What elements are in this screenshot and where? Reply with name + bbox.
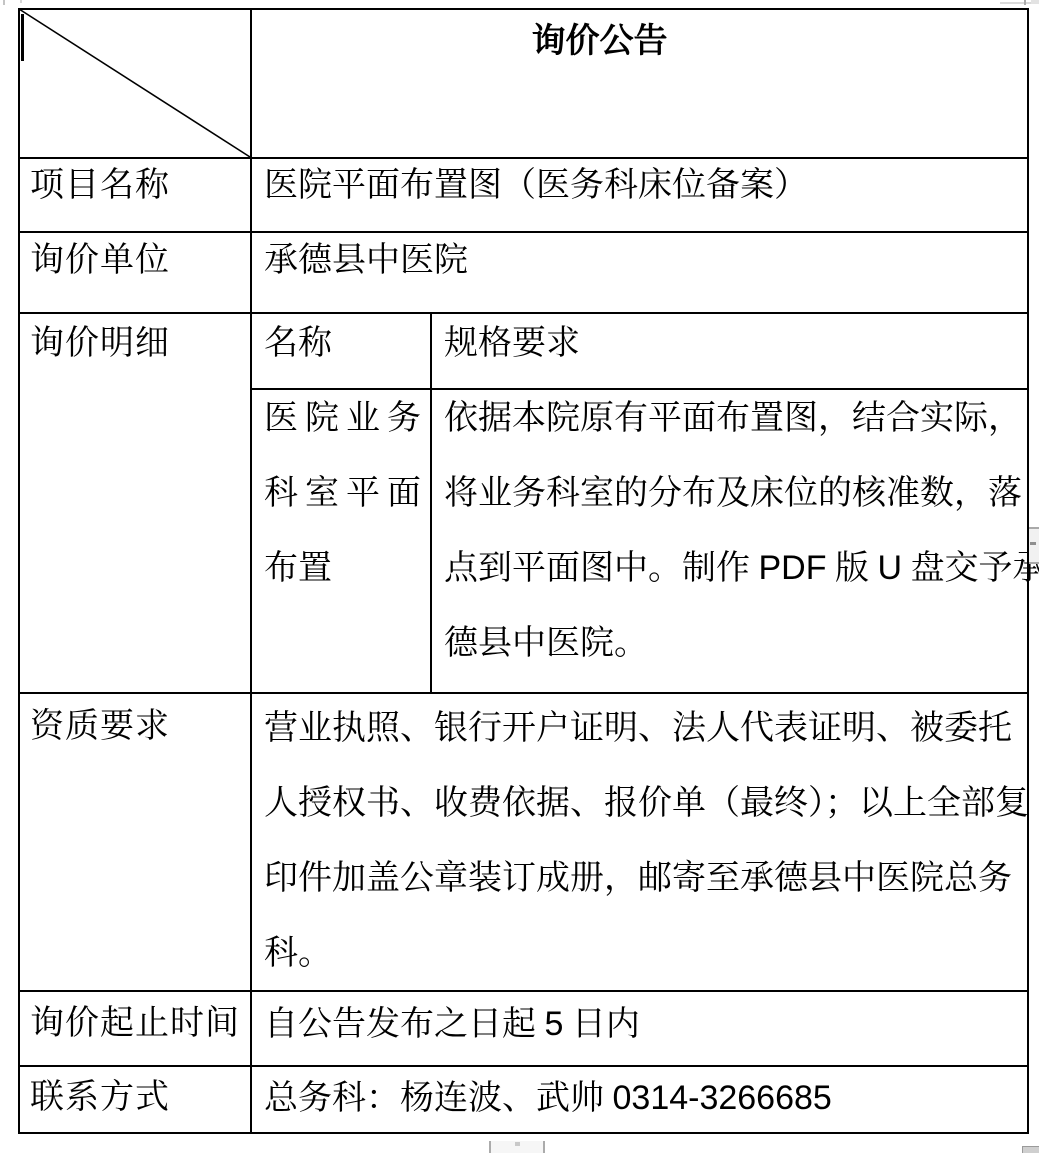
text-line[interactable]: 科室平面	[264, 456, 428, 531]
text-line[interactable]: 德县中医院。	[444, 606, 1039, 681]
text-line[interactable]: 医院业务	[264, 381, 428, 456]
table-border-left	[18, 8, 20, 1134]
vertical-scrollbar-grip-icon	[1030, 542, 1036, 545]
qualification-cell[interactable]: 营业执照、银行开户证明、法人代表证明、被委托 人授权书、收费依据、报价单（最终）…	[264, 691, 1029, 991]
text-line[interactable]: 布置	[264, 531, 428, 606]
inquiry-unit-value[interactable]: 承德县中医院	[264, 239, 468, 283]
row-divider-2	[18, 231, 1029, 233]
row-divider-6	[18, 1065, 1029, 1067]
notice-title-text[interactable]: 询价公告	[250, 20, 1027, 64]
column-divider	[250, 8, 252, 1134]
row-divider-3	[18, 312, 1029, 314]
text-line[interactable]: 点到平面图中。制作 PDF 版 U 盘交予承	[444, 531, 1039, 606]
contact-label[interactable]: 联系方式	[30, 1076, 170, 1120]
horizontal-scrollbar-grip-icon	[515, 1142, 520, 1146]
contact-value[interactable]: 总务科：杨连波、武帅 0314-3266685	[264, 1076, 832, 1120]
project-name-label[interactable]: 项目名称	[30, 164, 170, 208]
ruler-tick-icon	[20, 0, 22, 3]
text-line[interactable]: 人授权书、收费依据、报价单（最终）；以上全部复	[264, 766, 1029, 841]
vertical-scrollbar-thumb[interactable]	[1029, 527, 1039, 564]
item-name-header[interactable]: 名称	[264, 322, 332, 366]
inquiry-period-value[interactable]: 自公告发布之日起 5 日内	[264, 1002, 640, 1046]
inquiry-details-label[interactable]: 询价明细	[30, 322, 170, 366]
inquiry-period-label[interactable]: 询价起止时间	[30, 1002, 240, 1046]
ruler-tick-icon	[3, 0, 5, 5]
scrollbar-corner-fragment	[1022, 1146, 1039, 1153]
inner-column-divider	[430, 312, 432, 694]
inquiry-unit-label[interactable]: 询价单位	[30, 239, 170, 283]
project-name-value[interactable]: 医院平面布置图（医务科床位备案）	[264, 164, 808, 208]
text-line[interactable]: 将业务科室的分布及床位的核准数，落	[444, 456, 1039, 531]
text-line[interactable]: 依据本院原有平面布置图，结合实际，	[444, 381, 1039, 456]
diagonal-divider	[18, 8, 252, 159]
text-line[interactable]: 印件加盖公章装订成册，邮寄至承德县中医院总务	[264, 841, 1029, 916]
table-border-bottom	[18, 1132, 1029, 1134]
text-line[interactable]: 科。	[264, 916, 1029, 991]
ruler-block-fragment	[1031, 0, 1039, 4]
text-cursor	[21, 14, 24, 61]
item-spec-cell[interactable]: 依据本院原有平面布置图，结合实际， 将业务科室的分布及床位的核准数，落 点到平面…	[444, 381, 1039, 681]
ruler-tick-icon	[1024, 0, 1026, 5]
item-spec-header[interactable]: 规格要求	[444, 322, 580, 366]
item-name-cell[interactable]: 医院业务 科室平面 布置	[264, 381, 428, 606]
qualification-label[interactable]: 资质要求	[30, 705, 170, 749]
text-line[interactable]: 营业执照、银行开户证明、法人代表证明、被委托	[264, 691, 1029, 766]
